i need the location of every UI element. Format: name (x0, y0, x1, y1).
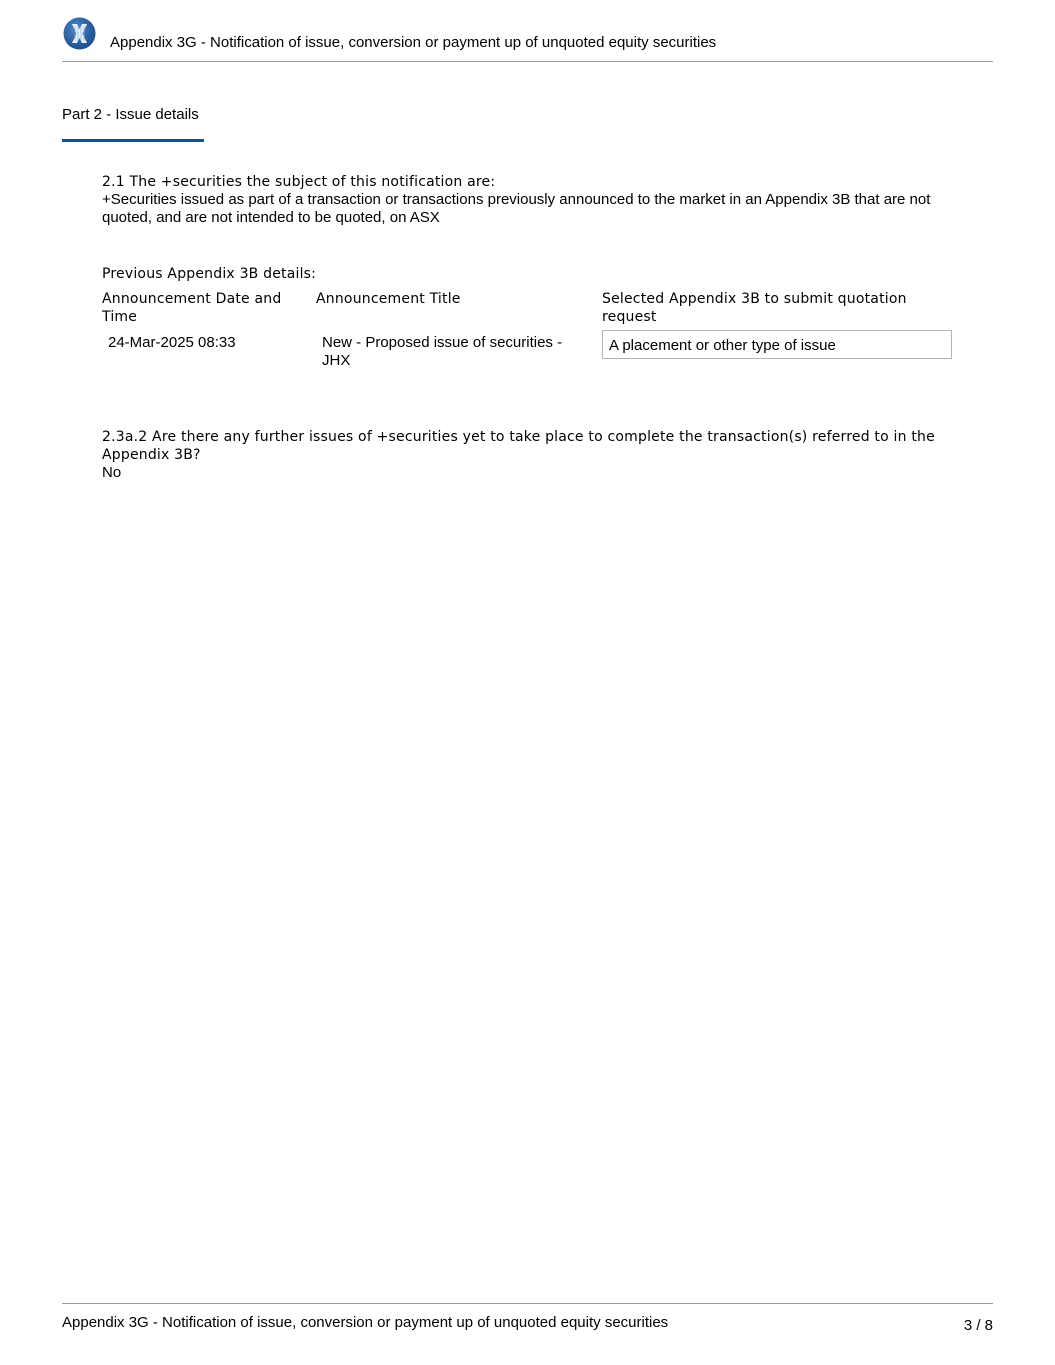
question-2-3a-2-value: No (102, 464, 962, 482)
column-header-title: Announcement Title (316, 290, 586, 308)
question-2-3a-2: 2.3a.2 Are there any further issues of +… (102, 428, 962, 482)
asx-logo-icon (63, 17, 96, 50)
footer-title: Appendix 3G - Notification of issue, con… (62, 1314, 668, 1332)
column-header-date-time: Announcement Date and Time (102, 290, 302, 326)
previous-3b-label: Previous Appendix 3B details: (102, 265, 316, 283)
question-2-1: 2.1 The +securities the subject of this … (102, 173, 952, 227)
page-number: 3 / 8 (964, 1317, 993, 1335)
cell-title: New - Proposed issue of securities - JHX (322, 334, 582, 370)
column-header-selected: Selected Appendix 3B to submit quotation… (602, 290, 952, 326)
question-2-3a-2-label: 2.3a.2 Are there any further issues of +… (102, 428, 962, 464)
question-2-1-label: 2.1 The +securities the subject of this … (102, 173, 952, 191)
section-underline (62, 139, 204, 142)
cell-date-time: 24-Mar-2025 08:33 (108, 334, 308, 352)
page-footer: Appendix 3G - Notification of issue, con… (62, 1303, 993, 1304)
section-title: Part 2 - Issue details (62, 106, 199, 124)
header-title: Appendix 3G - Notification of issue, con… (110, 34, 716, 52)
page-header: Appendix 3G - Notification of issue, con… (62, 16, 993, 62)
selected-3b-field: A placement or other type of issue (602, 330, 952, 359)
question-2-1-value: +Securities issued as part of a transact… (102, 191, 952, 227)
